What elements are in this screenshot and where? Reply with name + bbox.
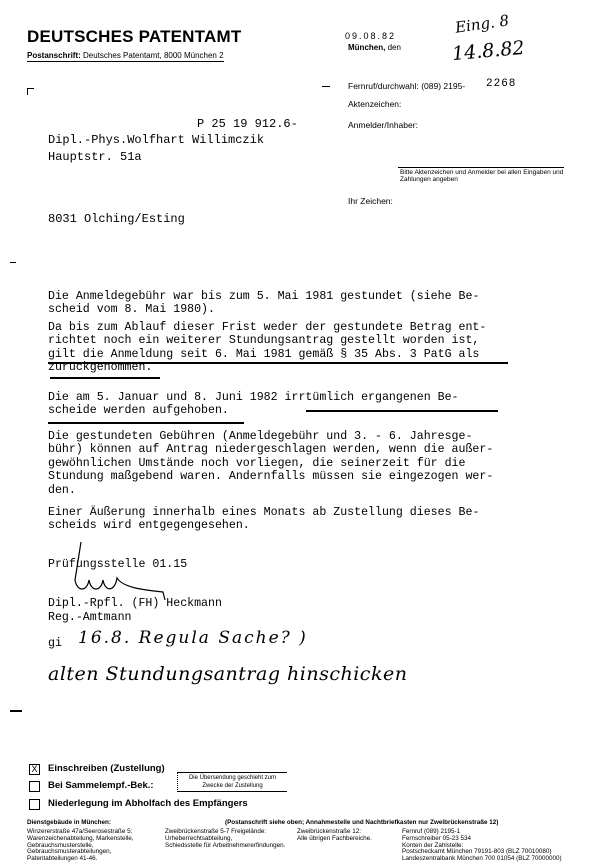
body-paragraph: Einer Äußerung innerhalb eines Monats ab… [48, 506, 518, 533]
note-initials: gi [48, 637, 62, 650]
handwritten-underline [50, 377, 160, 379]
handwritten-note: 16.8. Regula Sache? ) [78, 628, 308, 648]
footer-buildings-title: Dienstgebäude in München: [27, 820, 111, 827]
fold-mark [10, 710, 22, 712]
footer-column: Zweibrückenstraße 5-7 Freigelände: Urheb… [165, 829, 285, 849]
recipient-city: 8031 Olching/Esting [48, 212, 185, 226]
handwritten-underline [48, 422, 244, 424]
pickup-box-label: Niederlegung im Abholfach des Empfängers [48, 798, 248, 809]
date-label-suffix: den [385, 43, 401, 52]
body-paragraph: Die Anmeldegebühr war bis zum 5. Mai 198… [48, 290, 518, 317]
date-label-city: München, [348, 43, 385, 52]
signer-name: Dipl.-Rpfl. (FH) Heckmann [48, 597, 222, 610]
pickup-box-checkbox[interactable] [29, 799, 40, 810]
footer-column: Fernruf (089) 2195-1 Fernschreiber 05-23… [402, 829, 562, 863]
footer-postal-note: (Postanschrift siehe oben; Annahmestelle… [225, 820, 498, 827]
file-number: P 25 19 912.6- [197, 117, 298, 131]
reference-note: Bitte Aktenzeichen und Anmelder bei alle… [400, 169, 570, 183]
registered-mail-checkbox[interactable]: X [29, 764, 40, 775]
handwritten-underline [306, 410, 498, 412]
date-label: München, den [348, 43, 401, 52]
your-reference-label: Ihr Zeichen: [348, 196, 393, 206]
handwritten-underline [48, 362, 508, 364]
footer-column: Winzererstraße 47a/Seerosestraße 5: Ware… [27, 829, 134, 863]
handwritten-received-stamp: Eing. 8 [454, 11, 510, 36]
collective-receipt-label: Bei Sammelempf.-Bek.: [48, 780, 154, 791]
recipient-name: Dipl.-Phys.Wolfhart Willimczik [48, 133, 264, 147]
office-title: DEUTSCHES PATENTAMT [27, 27, 241, 47]
handwritten-note: alten Stundungsantrag hinschicken [48, 663, 407, 685]
body-paragraph: Die am 5. Januar und 8. Juni 1982 irrtüm… [48, 391, 518, 418]
postal-address: Postanschrift: Deutsches Patentamt, 8000… [27, 51, 224, 62]
letter-date: 09.08.82 [345, 31, 396, 41]
collective-receipt-checkbox[interactable] [29, 781, 40, 792]
address-window-corner [27, 88, 34, 95]
reference-label: Aktenzeichen: [348, 99, 401, 109]
signer-title: Reg.-Amtmann [48, 611, 132, 624]
postal-address-label: Postanschrift: [27, 51, 81, 60]
body-paragraph: Da bis zum Ablauf dieser Frist weder der… [48, 321, 518, 375]
registered-mail-label: Einschreiben (Zustellung) [48, 763, 165, 774]
postal-address-value: Deutsches Patentamt, 8000 München 2 [81, 51, 224, 60]
fold-mark [10, 262, 16, 263]
phone-label: Fernruf/durchwahl: (089) 2195- [348, 81, 465, 91]
recipient-street: Hauptstr. 51a [48, 150, 142, 164]
fold-mark [322, 86, 330, 87]
signature-scribble [65, 540, 185, 600]
reference-note-divider [398, 167, 564, 168]
footer-column: Zweibrückenstraße 12: Alle übrigen Fachb… [297, 829, 372, 843]
handwritten-received-date: 14.8.82 [451, 37, 525, 65]
delivery-note: Die Übersendung geschieht zum Zwecke der… [177, 772, 287, 792]
phone-extension: 2268 [486, 78, 516, 90]
body-paragraph: Die gestundeten Gebühren (Anmeldegebühr … [48, 430, 518, 497]
applicant-label: Anmelder/Inhaber: [348, 120, 418, 130]
